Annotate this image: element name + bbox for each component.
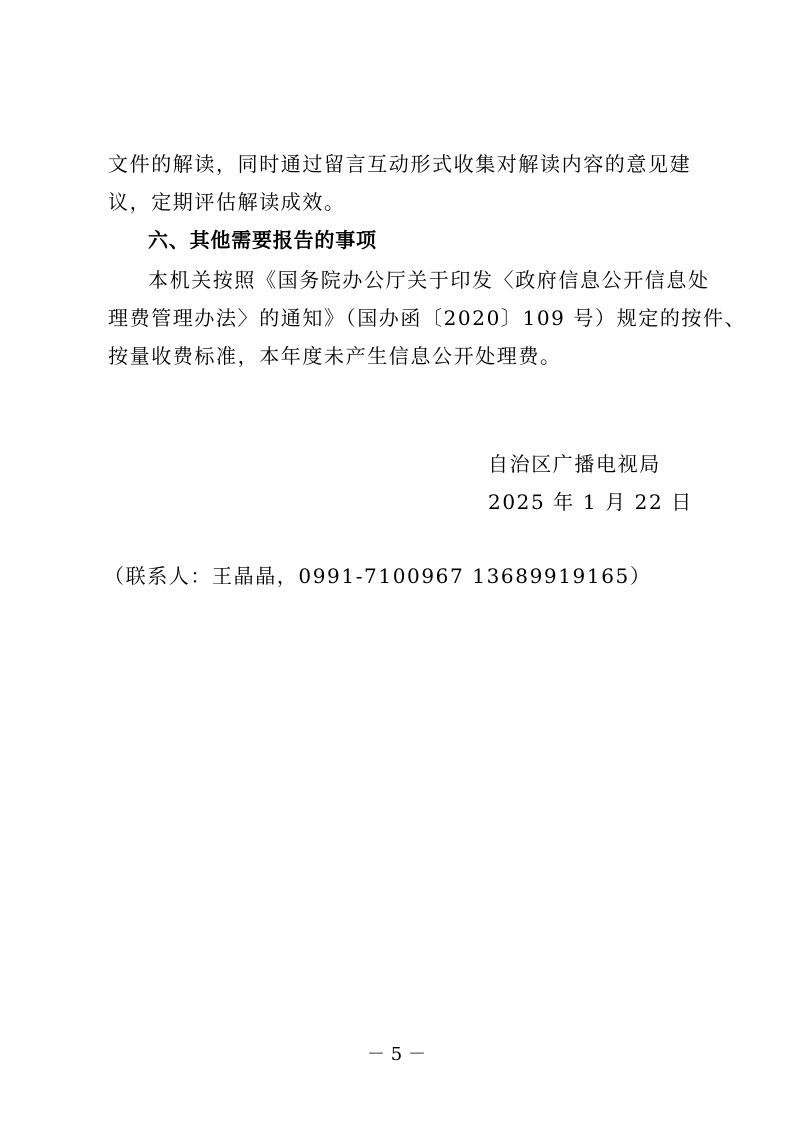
page-number: － 5 －	[0, 1040, 793, 1066]
paragraph-line: 本机关按照《国务院办公厅关于印发〈政府信息公开信息处	[148, 266, 710, 294]
paragraph-line: 理费管理办法〉的通知》（国办函〔2020〕109 号）规定的按件、	[108, 304, 746, 332]
section-heading: 六、其他需要报告的事项	[148, 226, 377, 254]
paragraph-line: 文件的解读，同时通过留言互动形式收集对解读内容的意见建	[108, 150, 691, 178]
paragraph-line: 按量收费标准，本年度未产生信息公开处理费。	[108, 342, 562, 370]
signature-date: 2025 年 1 月 22 日	[488, 488, 693, 516]
contact-info: （联系人：王晶晶，0991-7100967 13689919165）	[104, 562, 651, 590]
signature-organization: 自治区广播电视局	[488, 450, 661, 478]
paragraph-line: 议，定期评估解读成效。	[108, 188, 346, 216]
